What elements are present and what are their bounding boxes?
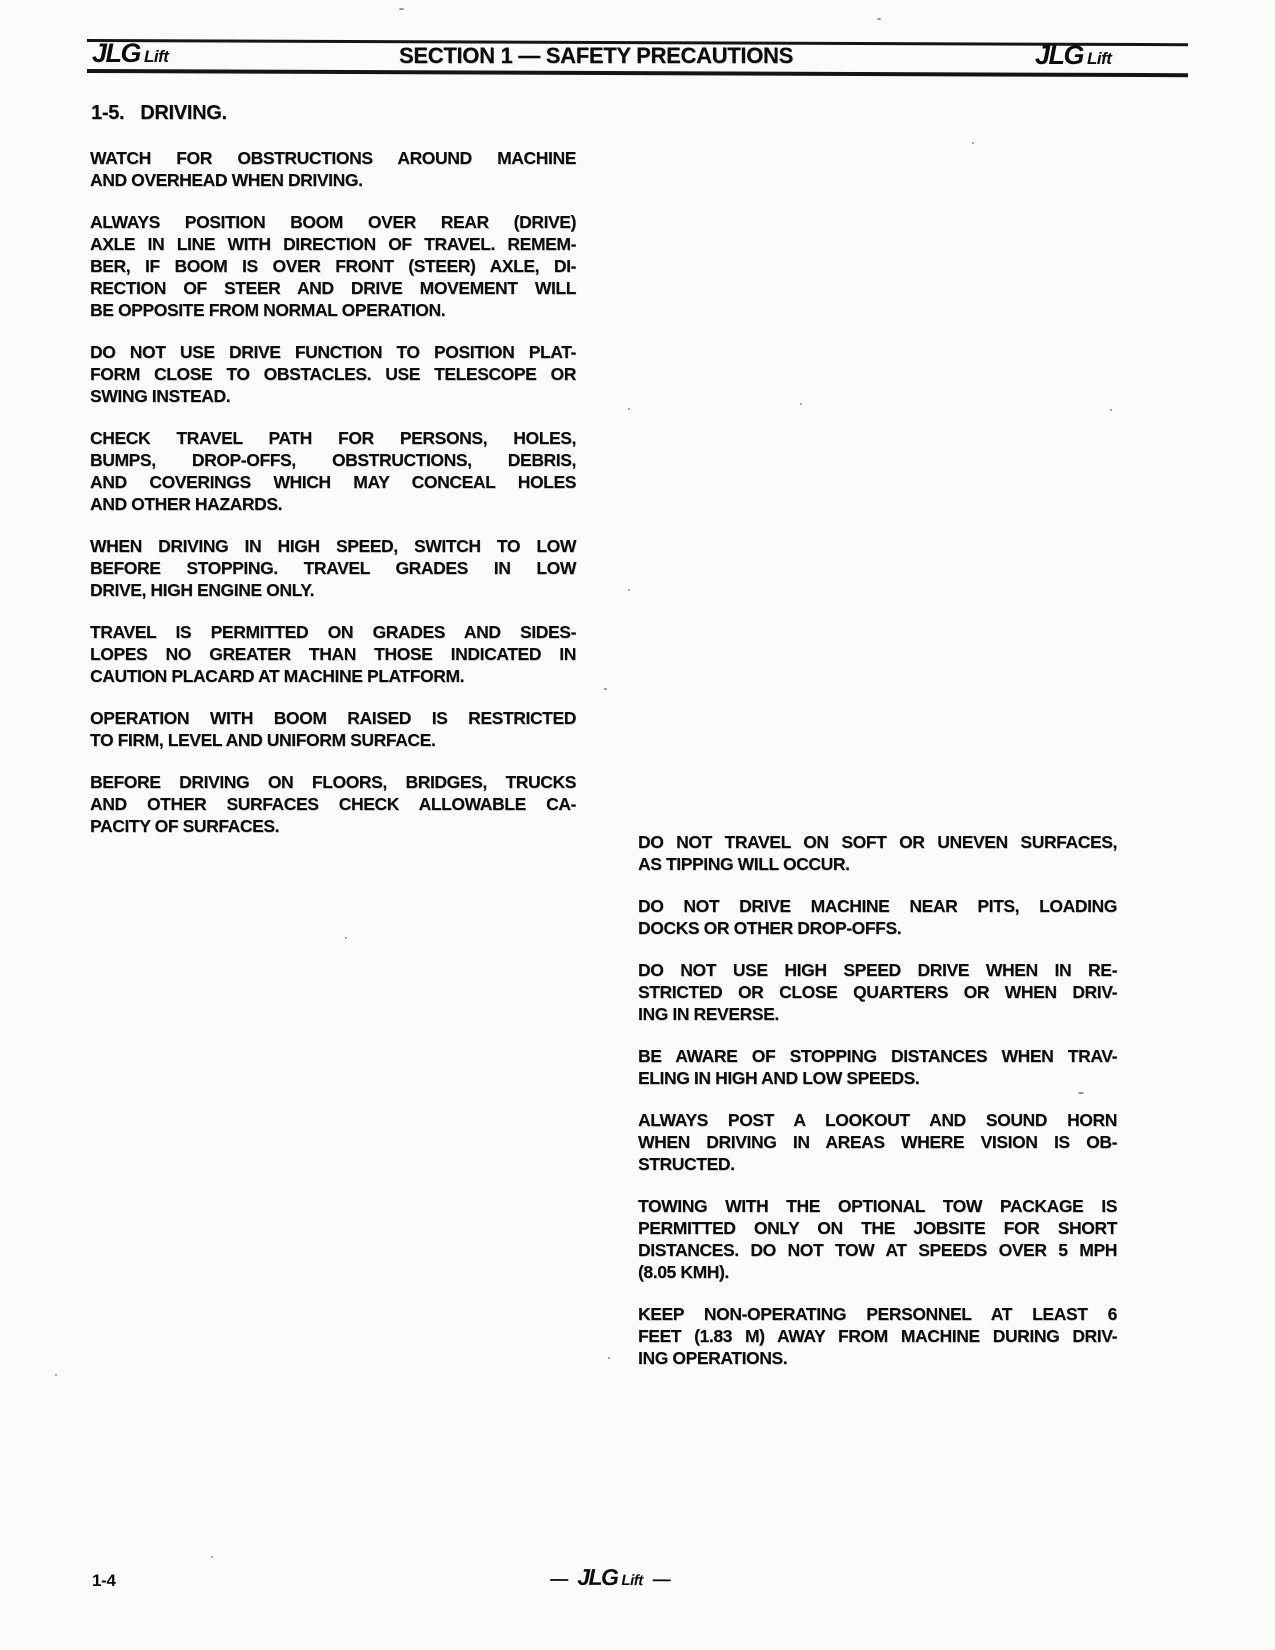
header-rule-bottom [87, 69, 1188, 77]
text-line: TO FIRM, LEVEL AND UNIFORM SURFACE. [90, 729, 576, 751]
logo-jlg-text: JLG [577, 1564, 617, 1591]
text-line: CAUTION PLACARD AT MACHINE PLATFORM. [90, 665, 576, 687]
text-line: ALWAYS POSITION BOOM OVER REAR (DRIVE) [90, 211, 576, 233]
jlg-logo-left: JLGLift [92, 38, 168, 69]
paragraph: WHEN DRIVING IN HIGH SPEED, SWITCH TO LO… [90, 535, 576, 601]
footer-dash-left: — [550, 1569, 567, 1590]
logo-lift-text: Lift [621, 1572, 642, 1589]
scan-speck [345, 937, 347, 939]
paragraph: DO NOT USE HIGH SPEED DRIVE WHEN IN RE-S… [638, 959, 1117, 1025]
left-column: WATCH FOR OBSTRUCTIONS AROUND MACHINEAND… [90, 147, 576, 857]
text-line: DISTANCES. DO NOT TOW AT SPEEDS OVER 5 M… [638, 1239, 1117, 1261]
scan-speck [604, 688, 607, 690]
paragraph: WATCH FOR OBSTRUCTIONS AROUND MACHINEAND… [90, 147, 576, 191]
text-line: BE AWARE OF STOPPING DISTANCES WHEN TRAV… [638, 1045, 1117, 1067]
text-line: STRUCTED. [638, 1153, 1117, 1175]
paragraph: DO NOT USE DRIVE FUNCTION TO POSITION PL… [90, 341, 576, 407]
text-line: BE OPPOSITE FROM NORMAL OPERATION. [90, 299, 576, 321]
section-number: 1-5. [91, 102, 124, 124]
text-line: WHEN DRIVING IN AREAS WHERE VISION IS OB… [638, 1131, 1117, 1153]
paragraph: DO NOT DRIVE MACHINE NEAR PITS, LOADINGD… [638, 895, 1117, 939]
text-line: BER, IF BOOM IS OVER FRONT (STEER) AXLE,… [90, 255, 576, 277]
page-number: 1-4 [92, 1571, 116, 1591]
scan-speck [972, 142, 974, 144]
paragraph: BE AWARE OF STOPPING DISTANCES WHEN TRAV… [638, 1045, 1117, 1089]
paragraph: CHECK TRAVEL PATH FOR PERSONS, HOLES,BUM… [90, 427, 576, 515]
paragraph: ALWAYS POST A LOOKOUT AND SOUND HORNWHEN… [638, 1109, 1117, 1175]
logo-jlg-text: JLG [92, 38, 140, 68]
text-line: PACITY OF SURFACES. [90, 815, 576, 837]
jlg-logo-right: JLGLift [1035, 40, 1111, 71]
text-line: AXLE IN LINE WITH DIRECTION OF TRAVEL. R… [90, 233, 576, 255]
text-line: DO NOT USE HIGH SPEED DRIVE WHEN IN RE- [638, 959, 1117, 981]
scan-speck [628, 408, 630, 410]
paragraph: BEFORE DRIVING ON FLOORS, BRIDGES, TRUCK… [90, 771, 576, 837]
text-line: (8.05 KMH). [638, 1261, 1117, 1283]
paragraph: KEEP NON-OPERATING PERSONNEL AT LEAST 6F… [638, 1303, 1117, 1369]
scan-speck [1110, 409, 1112, 411]
paragraph: DO NOT TRAVEL ON SOFT OR UNEVEN SURFACES… [638, 831, 1117, 875]
scan-speck [399, 8, 404, 10]
text-line: BEFORE DRIVING ON FLOORS, BRIDGES, TRUCK… [90, 771, 576, 793]
text-line: FEET (1.83 M) AWAY FROM MACHINE DURING D… [638, 1325, 1117, 1347]
footer-dash-right: — [653, 1569, 670, 1590]
text-line: STRICTED OR CLOSE QUARTERS OR WHEN DRIV- [638, 981, 1117, 1003]
scan-speck [877, 18, 881, 20]
text-line: ELING IN HIGH AND LOW SPEEDS. [638, 1067, 1117, 1089]
paragraph: OPERATION WITH BOOM RAISED IS RESTRICTED… [90, 707, 576, 751]
logo-lift-text: Lift [144, 47, 168, 66]
text-line: ALWAYS POST A LOOKOUT AND SOUND HORN [638, 1109, 1117, 1131]
right-column: DO NOT TRAVEL ON SOFT OR UNEVEN SURFACES… [638, 831, 1117, 1389]
scan-speck [1078, 1092, 1084, 1094]
text-line: AS TIPPING WILL OCCUR. [638, 853, 1117, 875]
section-title: DRIVING. [140, 102, 227, 124]
footer-logo: — JLG Lift — [540, 1564, 680, 1591]
text-line: AND COVERINGS WHICH MAY CONCEAL HOLES [90, 471, 576, 493]
text-line: ING OPERATIONS. [638, 1347, 1117, 1369]
text-line: BEFORE STOPPING. TRAVEL GRADES IN LOW [90, 557, 576, 579]
section-heading: 1-5.DRIVING. [91, 102, 227, 125]
text-line: AND OTHER HAZARDS. [90, 493, 576, 515]
text-line: DO NOT USE DRIVE FUNCTION TO POSITION PL… [90, 341, 576, 363]
text-line: DOCKS OR OTHER DROP-OFFS. [638, 917, 1117, 939]
scan-speck [211, 1556, 213, 1558]
text-line: TOWING WITH THE OPTIONAL TOW PACKAGE IS [638, 1195, 1117, 1217]
text-line: CHECK TRAVEL PATH FOR PERSONS, HOLES, [90, 427, 576, 449]
text-line: AND OVERHEAD WHEN DRIVING. [90, 169, 576, 191]
manual-page: JLGLift SECTION 1 — SAFETY PRECAUTIONS J… [0, 0, 1275, 1650]
text-line: OPERATION WITH BOOM RAISED IS RESTRICTED [90, 707, 576, 729]
text-line: SWING INSTEAD. [90, 385, 576, 407]
text-line: FORM CLOSE TO OBSTACLES. USE TELESCOPE O… [90, 363, 576, 385]
text-line: LOPES NO GREATER THAN THOSE INDICATED IN [90, 643, 576, 665]
scan-speck [800, 403, 802, 405]
text-line: BUMPS, DROP-OFFS, OBSTRUCTIONS, DEBRIS, [90, 449, 576, 471]
text-line: DO NOT TRAVEL ON SOFT OR UNEVEN SURFACES… [638, 831, 1117, 853]
logo-lift-text: Lift [1087, 49, 1111, 68]
text-line: RECTION OF STEER AND DRIVE MOVEMENT WILL [90, 277, 576, 299]
scan-speck [55, 1374, 57, 1376]
text-line: KEEP NON-OPERATING PERSONNEL AT LEAST 6 [638, 1303, 1117, 1325]
text-line: WHEN DRIVING IN HIGH SPEED, SWITCH TO LO… [90, 535, 576, 557]
paragraph: TRAVEL IS PERMITTED ON GRADES AND SIDES-… [90, 621, 576, 687]
logo-jlg-text: JLG [1035, 40, 1083, 70]
paragraph: TOWING WITH THE OPTIONAL TOW PACKAGE ISP… [638, 1195, 1117, 1283]
section-header-title: SECTION 1 — SAFETY PRECAUTIONS [355, 43, 837, 69]
text-line: PERMITTED ONLY ON THE JOBSITE FOR SHORT [638, 1217, 1117, 1239]
scan-speck [608, 1357, 610, 1359]
text-line: DO NOT DRIVE MACHINE NEAR PITS, LOADING [638, 895, 1117, 917]
text-line: TRAVEL IS PERMITTED ON GRADES AND SIDES- [90, 621, 576, 643]
paragraph: ALWAYS POSITION BOOM OVER REAR (DRIVE)AX… [90, 211, 576, 321]
text-line: WATCH FOR OBSTRUCTIONS AROUND MACHINE [90, 147, 576, 169]
text-line: DRIVE, HIGH ENGINE ONLY. [90, 579, 576, 601]
text-line: ING IN REVERSE. [638, 1003, 1117, 1025]
scan-speck [628, 589, 630, 591]
text-line: AND OTHER SURFACES CHECK ALLOWABLE CA- [90, 793, 576, 815]
